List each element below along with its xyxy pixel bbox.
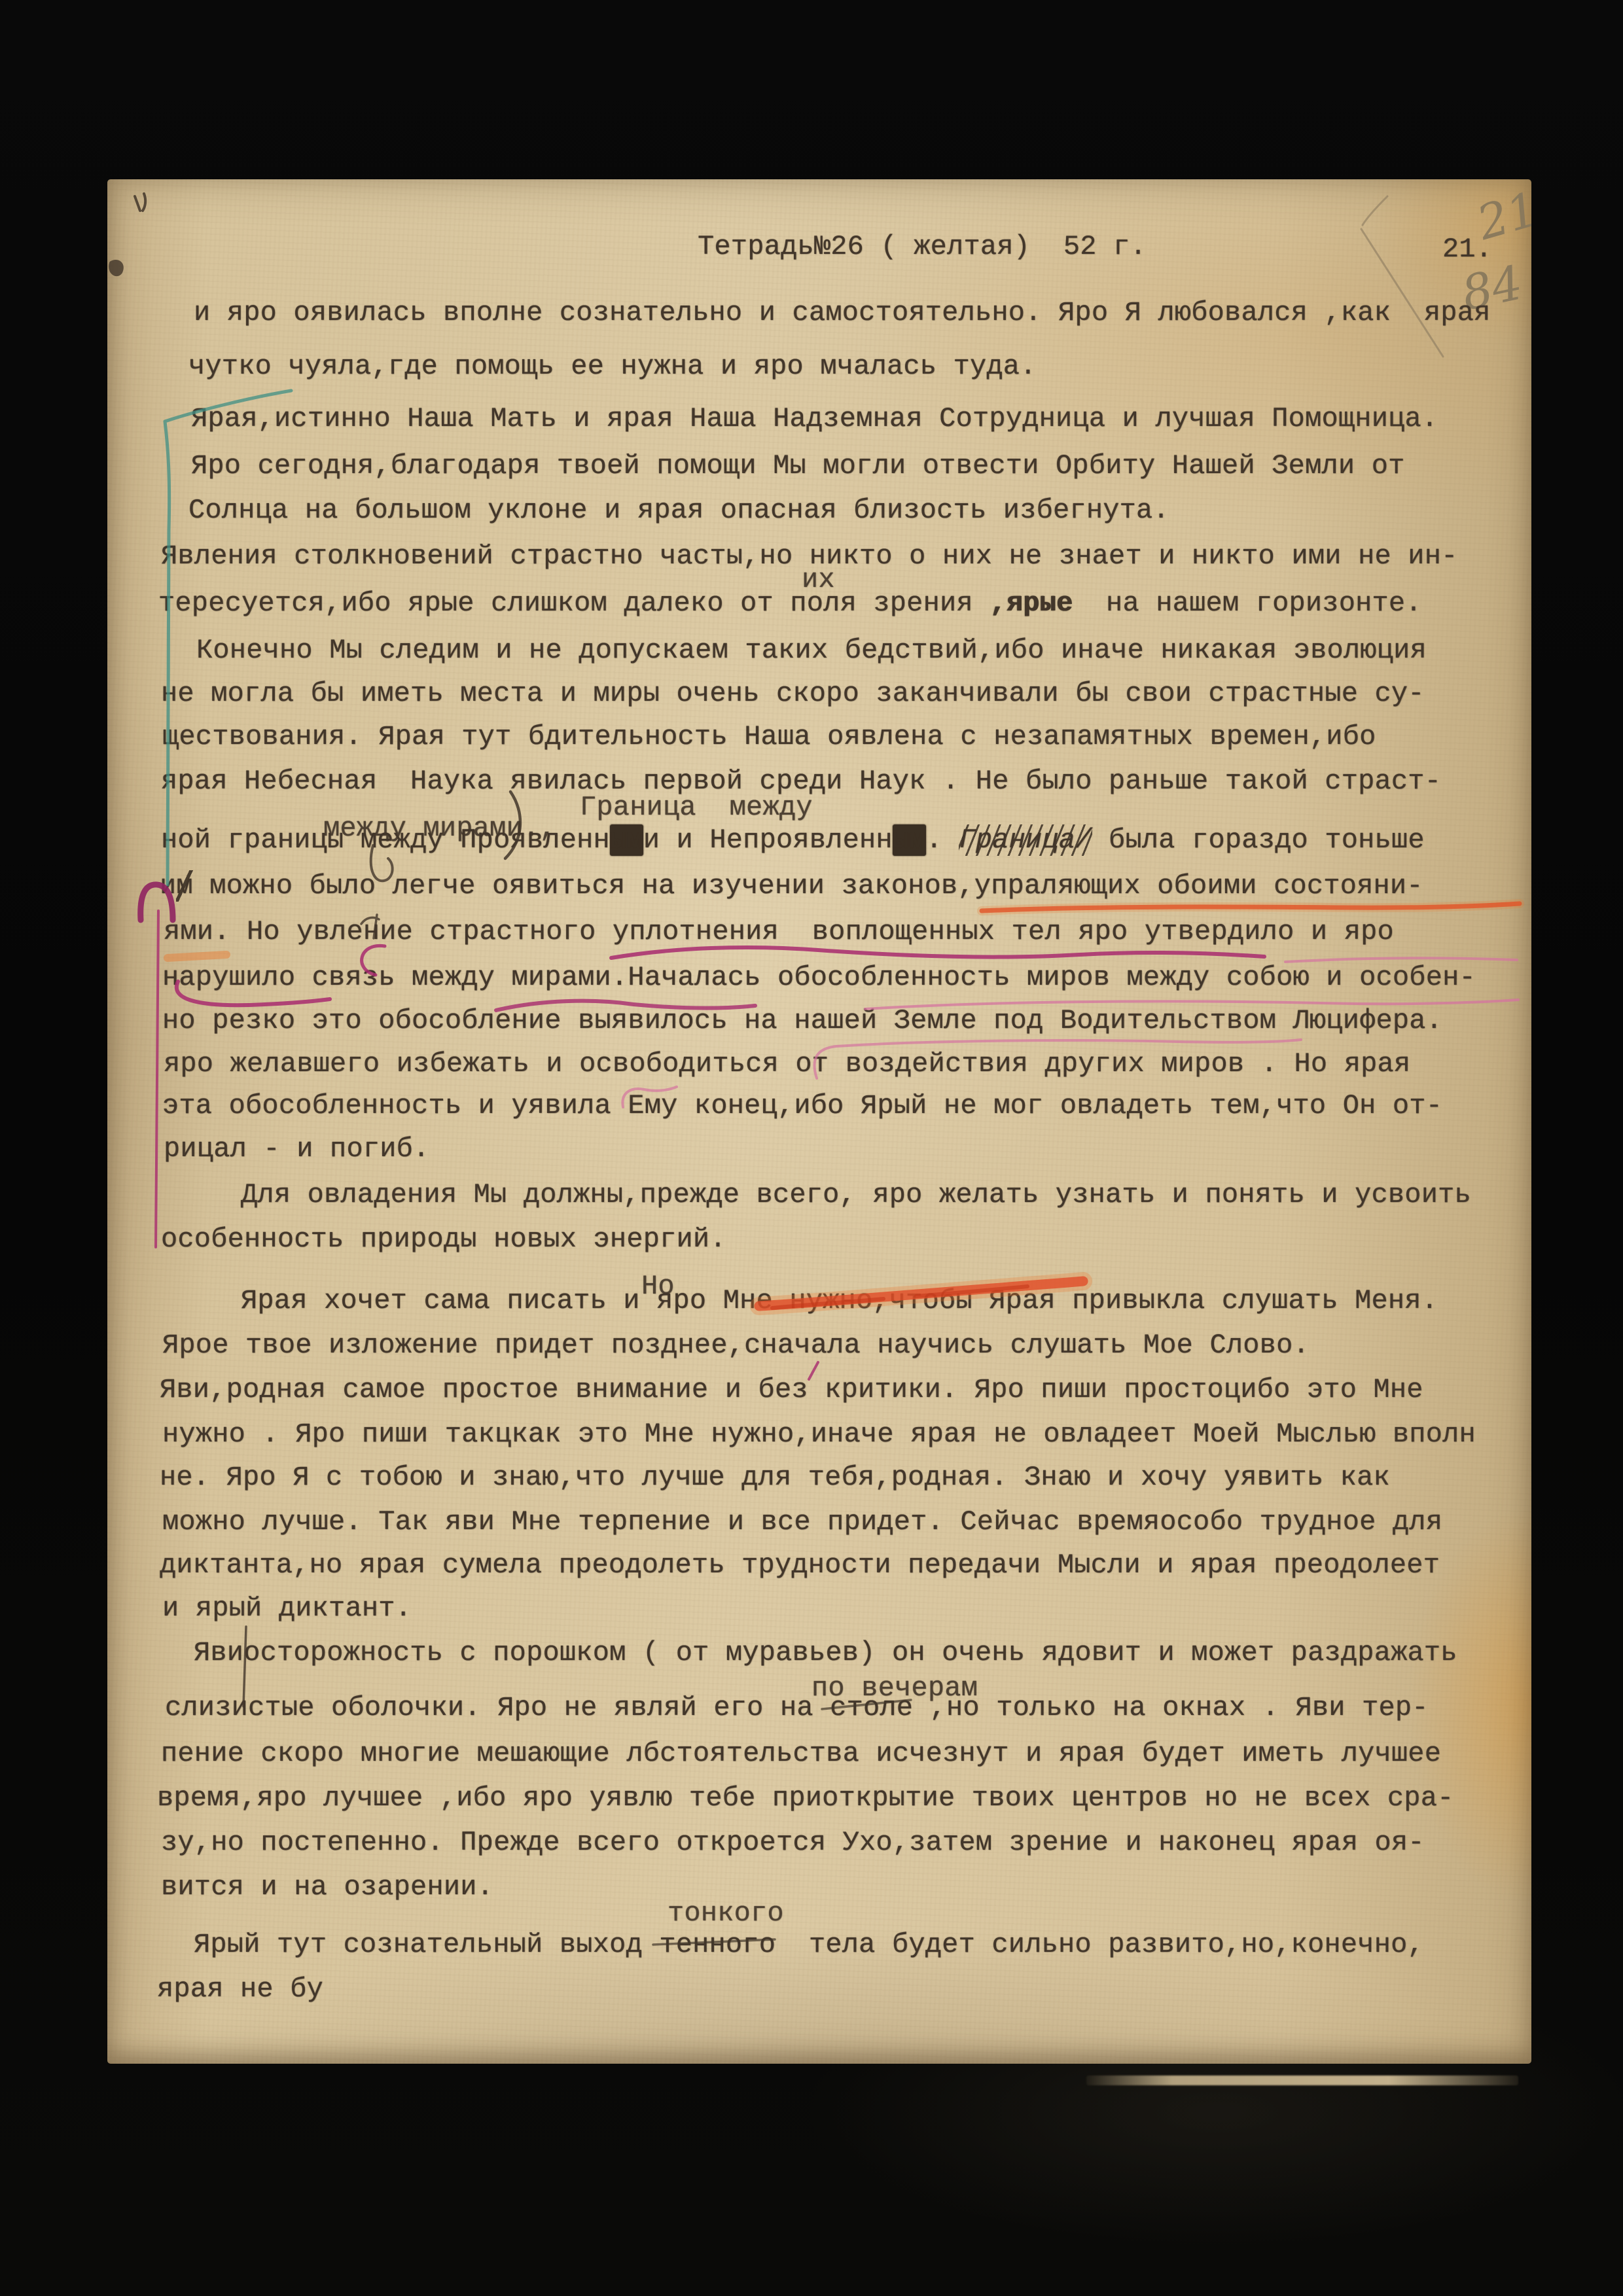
magenta-margin-line [156,911,158,1247]
pink-curl-uyavila [622,1087,677,1107]
pink-underline-mirov [865,1000,1518,1009]
ink-blob-left-edge [111,262,122,274]
pencil-diagonal-stroke [1361,196,1443,357]
strike-tennogo [653,1939,775,1945]
strike-stole [822,1700,911,1709]
scan-edge-artifact [1086,2075,1518,2085]
magenta-tick [809,1362,818,1379]
hand-hook-uvlenie [361,915,379,938]
scanned-page: Тетрадь№26 ( желтая) 52 г. 21. 21 84 и я… [0,0,1623,2296]
pink-underline-right [1285,958,1517,962]
magenta-underline-narushilo [177,981,330,1005]
magenta-underline-obosoblennost [496,1001,755,1010]
magenta-wavy-underline [611,947,1264,958]
hand-bracket-mezhdu-mirami [505,792,520,858]
teal-margin-bracket [165,391,291,885]
orange-fragment-yami [168,955,226,958]
annotation-marks-layer [0,0,1623,2296]
red-underline-upravlyayushchikh-halo [982,904,1520,911]
pink-curve-osvoboditsya [815,1040,1301,1078]
magenta-c-curl [362,945,385,975]
magenta-horseshoe-mark [141,885,173,920]
pen-vertical-line-yavi [243,1627,246,1706]
ink-speck-top-left [135,194,145,211]
hand-hook-granitsy [371,845,393,881]
